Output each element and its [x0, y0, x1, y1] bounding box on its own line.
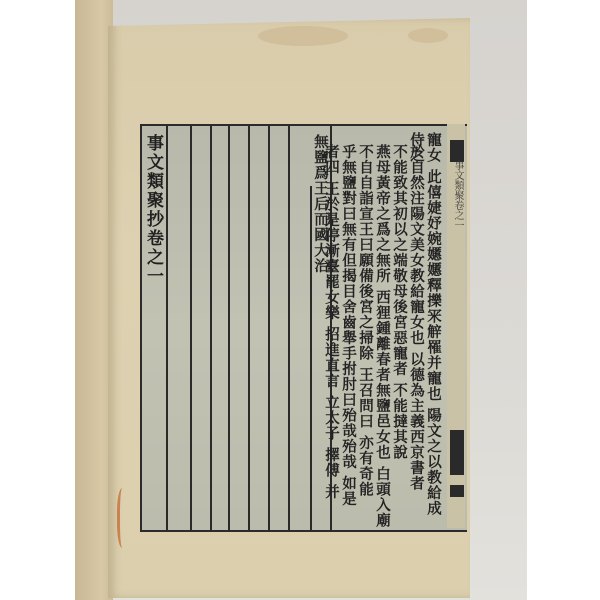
left-page-edge — [75, 0, 113, 600]
column-rule — [228, 126, 230, 530]
text-column-1: 寵女 此僖婕妤婉嬺嬺釋擽冞觪罹并寵也 陽文之以教給成侍之 — [425, 132, 442, 530]
text-column-8: 無鹽爲王后而國大治 — [312, 134, 329, 274]
column-rule — [268, 126, 270, 530]
volume-title: 事文類聚抄卷之一 — [148, 134, 166, 286]
column-rule — [210, 126, 212, 530]
water-stain — [258, 26, 348, 46]
text-column-2: 於自然注陽文美女教給寵女也 以德為主義西京書者 — [408, 144, 425, 491]
fishtail-mark-bottom — [450, 430, 464, 475]
column-rule — [248, 126, 250, 530]
column-rule — [190, 126, 192, 530]
fishtail-mark-small — [450, 485, 464, 497]
print-frame: 事文類聚抄卷之一 寵女 此僖婕妤婉嬺嬺釋擽冞觪罹并寵也 陽文之以教給成侍之 於自… — [140, 124, 467, 532]
fishtail-mark-top — [450, 140, 464, 162]
column-rule — [288, 126, 290, 530]
text-column-3: 不能致其初以之端敬母後宮惡寵者 不能撻其說 — [391, 144, 408, 460]
water-stain — [408, 28, 448, 43]
column-rule — [166, 126, 168, 530]
red-ink-mark — [117, 488, 130, 548]
text-column-5: 不自自詣宣王曰願備後宮之掃除 王召問曰 亦有奇能 — [357, 144, 374, 497]
text-column-4: 燕母黃帝之爲之無所 西狸鍾離春者無鹽邑女也 白頭入廟 — [374, 144, 391, 528]
edge-label: 事文類聚卷之一 — [450, 160, 465, 230]
text-column-6: 乎無鹽對曰無有但揭目舍齒舉手拊肘曰殆哉殆哉 如是 — [340, 144, 357, 507]
